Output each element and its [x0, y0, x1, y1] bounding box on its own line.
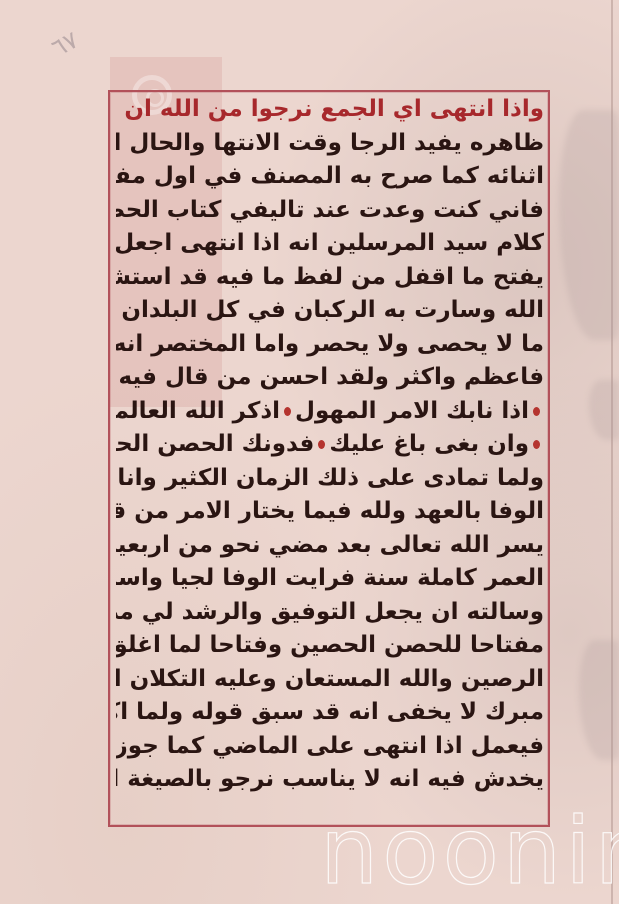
rubric-line: واذا انتهى اي الجمع نرجوا من الله ان يجع…: [116, 93, 544, 127]
verse-line: اذا نابك الامر المهول اذكر الله العالمين…: [116, 395, 544, 429]
text-line: الوفا بالعهد ولله فيما يختار الامر من قب…: [116, 495, 544, 529]
text-line: يسر الله تعالى بعد مضي نحو من اربعين سنة…: [116, 529, 544, 563]
verse-line: وان بغى باغ عليك فدونك الحصن الحصينا: [116, 428, 544, 462]
text-line: وسالته ان يجعل التوفيق والرشد لي مصاحبا …: [116, 596, 544, 630]
text-line: فاني كنت وعدت عند تاليفي كتاب الحصن الحص…: [116, 194, 544, 228]
margin-ornament-stain: [579, 640, 619, 760]
text-line: مفتاحا للحصن الحصين وفتاحا لما اغلق من ل…: [116, 629, 544, 663]
verse-marker-dot: [533, 407, 540, 416]
brand-watermark: noonin: [320, 806, 619, 898]
text-line: العمر كاملة سنة فرايت الوفا لجيا واستخرت…: [116, 562, 544, 596]
text-line: ظاهره يفيد الرجا وقت الانتها والحال انه …: [116, 127, 544, 161]
margin-ornament-stain: [559, 110, 619, 340]
verse-marker-dot: [533, 440, 540, 449]
verse-hemistich-left: فدونك الحصن الحصينا: [116, 428, 314, 462]
text-line: ولما تمادى على ذلك الزمان الكثير وانا اس…: [116, 462, 544, 496]
verse-hemistich-right: وان بغى باغ عليك: [329, 428, 529, 462]
text-line: الرصين والله المستعان وعليه التكلان انته…: [116, 663, 544, 697]
verse-hemistich-left: اذكر الله العالمينا: [116, 395, 280, 429]
manuscript-text-block: واذا انتهى اي الجمع نرجوا من الله ان يجع…: [116, 93, 544, 797]
text-line: فيعمل اذا انتهى على الماضي كما جوزه صاحب…: [116, 730, 544, 764]
text-line: فاعظم واكثر ولقد احسن من قال فيه شعرا: [116, 361, 544, 395]
text-line: اثنائه كما صرح به المصنف في اول مفتاحه ح…: [116, 160, 544, 194]
folio-number: ٦٧: [47, 26, 83, 63]
text-line: كلام سيد المرسلين انه اذا انتهى اجعل في …: [116, 227, 544, 261]
verse-marker-dot: [318, 440, 325, 449]
verse-hemistich-right: اذا نابك الامر المهول: [295, 395, 529, 429]
verse-marker-dot: [284, 407, 291, 416]
text-line: الله وسارت به الركبان في كل البلدان وكتب…: [116, 294, 544, 328]
text-line: يخدش فيه انه لا يناسب نرجو بالصيغة المست…: [116, 763, 544, 797]
text-line: ما لا يحصى ولا يحصر واما المختصر انه الع…: [116, 328, 544, 362]
margin-ornament-stain: [589, 380, 619, 440]
text-line: يفتح ما اقفل من لفظ ما فيه قد استشكل ولم…: [116, 261, 544, 295]
text-line: مبرك لا يخفى انه قد سبق قوله ولما اكملت …: [116, 696, 544, 730]
